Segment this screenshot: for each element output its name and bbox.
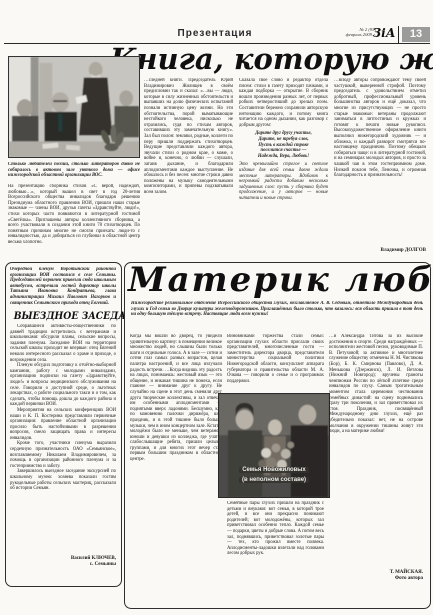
issue-date: февраль 2009 г. bbox=[318, 32, 376, 37]
kniga-lead-column: На презентацию сборника стихов «С верой,… bbox=[8, 184, 140, 258]
zasedanie-body: Собравшиеся активисты-общественники по д… bbox=[10, 324, 116, 552]
page-number-badge: 13 bbox=[402, 27, 430, 42]
family-photo-caption-line2: (в неполном составе) bbox=[219, 476, 329, 484]
kniga-column-2-text: Сказала своё слово и редактор отдела пис… bbox=[239, 78, 328, 128]
zasedanie-paragraph: Кроме того, участники пленума выразили с… bbox=[10, 441, 116, 469]
zasedanie-paragraph: Мероприятия на сельских конференциях ВОИ… bbox=[10, 408, 116, 442]
zasedanie-paragraph: Пленум обсудил подготовку к отчётно-выбо… bbox=[10, 363, 116, 408]
kniga-photo-caption: Столько любителей поэзии, столько литера… bbox=[8, 162, 140, 182]
issue-info: № 2 (93) февраль 2009 г. bbox=[318, 27, 376, 38]
zasedanie-signature-place: с. Семьяны bbox=[10, 562, 116, 568]
article-zasedanie-headline: ВЫЕЗДНОЕ ЗАСЕДАНИЕ bbox=[14, 310, 113, 322]
section-label: Презентация bbox=[150, 28, 280, 39]
kniga-column-3: …всюду авторы сопровождают тему своей ча… bbox=[334, 78, 426, 246]
article-materik-headline: Материк любви bbox=[128, 261, 425, 299]
materik-column-2-bottom: Семейные пары глухих пришли на праздник … bbox=[227, 501, 324, 600]
materik-column-3: …и Александра Титова за их высокие дости… bbox=[329, 334, 423, 564]
materik-signature: Т. МАЙСКАЯ. Фото автора bbox=[327, 570, 423, 582]
article-kniga-headline: Книга, которую ждали bbox=[110, 42, 430, 76]
kniga-column-1: …следней книги. Председатель Юрий Владим… bbox=[144, 78, 233, 256]
masthead-logo: ЗіА bbox=[372, 26, 396, 40]
header-divider bbox=[398, 26, 399, 43]
presentation-photo bbox=[8, 56, 140, 158]
zasedanie-intro: Очередной пленум Воротынской районной ор… bbox=[10, 267, 116, 309]
zasedanie-paragraph: Завершилось выездное заседание экскурсие… bbox=[10, 469, 116, 491]
materik-intro: Нижегородское региональное отделение Все… bbox=[131, 301, 423, 331]
kniga-signature: Владимир ДОЛГОВ bbox=[334, 248, 426, 253]
kniga-poem: Дарите друг другу участье, Дарите, не тр… bbox=[239, 131, 328, 159]
presentation-photo-image bbox=[9, 57, 139, 157]
materik-column-1: Когда мы вошли во дворец, то увидели уди… bbox=[130, 334, 222, 600]
newspaper-page: Презентация № 2 (93) февраль 2009 г. ЗіА… bbox=[0, 0, 433, 615]
materik-column-2-top: Виновниками торжества стали семьи: орган… bbox=[227, 334, 324, 391]
materik-signature-credit: Фото автора bbox=[327, 576, 423, 582]
family-photo-caption-line1: Семья Новожиловых bbox=[219, 466, 329, 474]
family-photo: Семья Новожиловых (в неполном составе) bbox=[218, 393, 330, 498]
kniga-column-2-closing: Это чрезвычайно строгое и светлое издани… bbox=[239, 162, 328, 201]
kniga-column-2: Сказала своё слово и редактор отдела пис… bbox=[239, 78, 328, 256]
zasedanie-signature: Василий КЛЮЧЕВ, с. Семьяны bbox=[10, 556, 116, 568]
zasedanie-paragraph: Собравшиеся активисты-общественники по д… bbox=[10, 324, 116, 363]
